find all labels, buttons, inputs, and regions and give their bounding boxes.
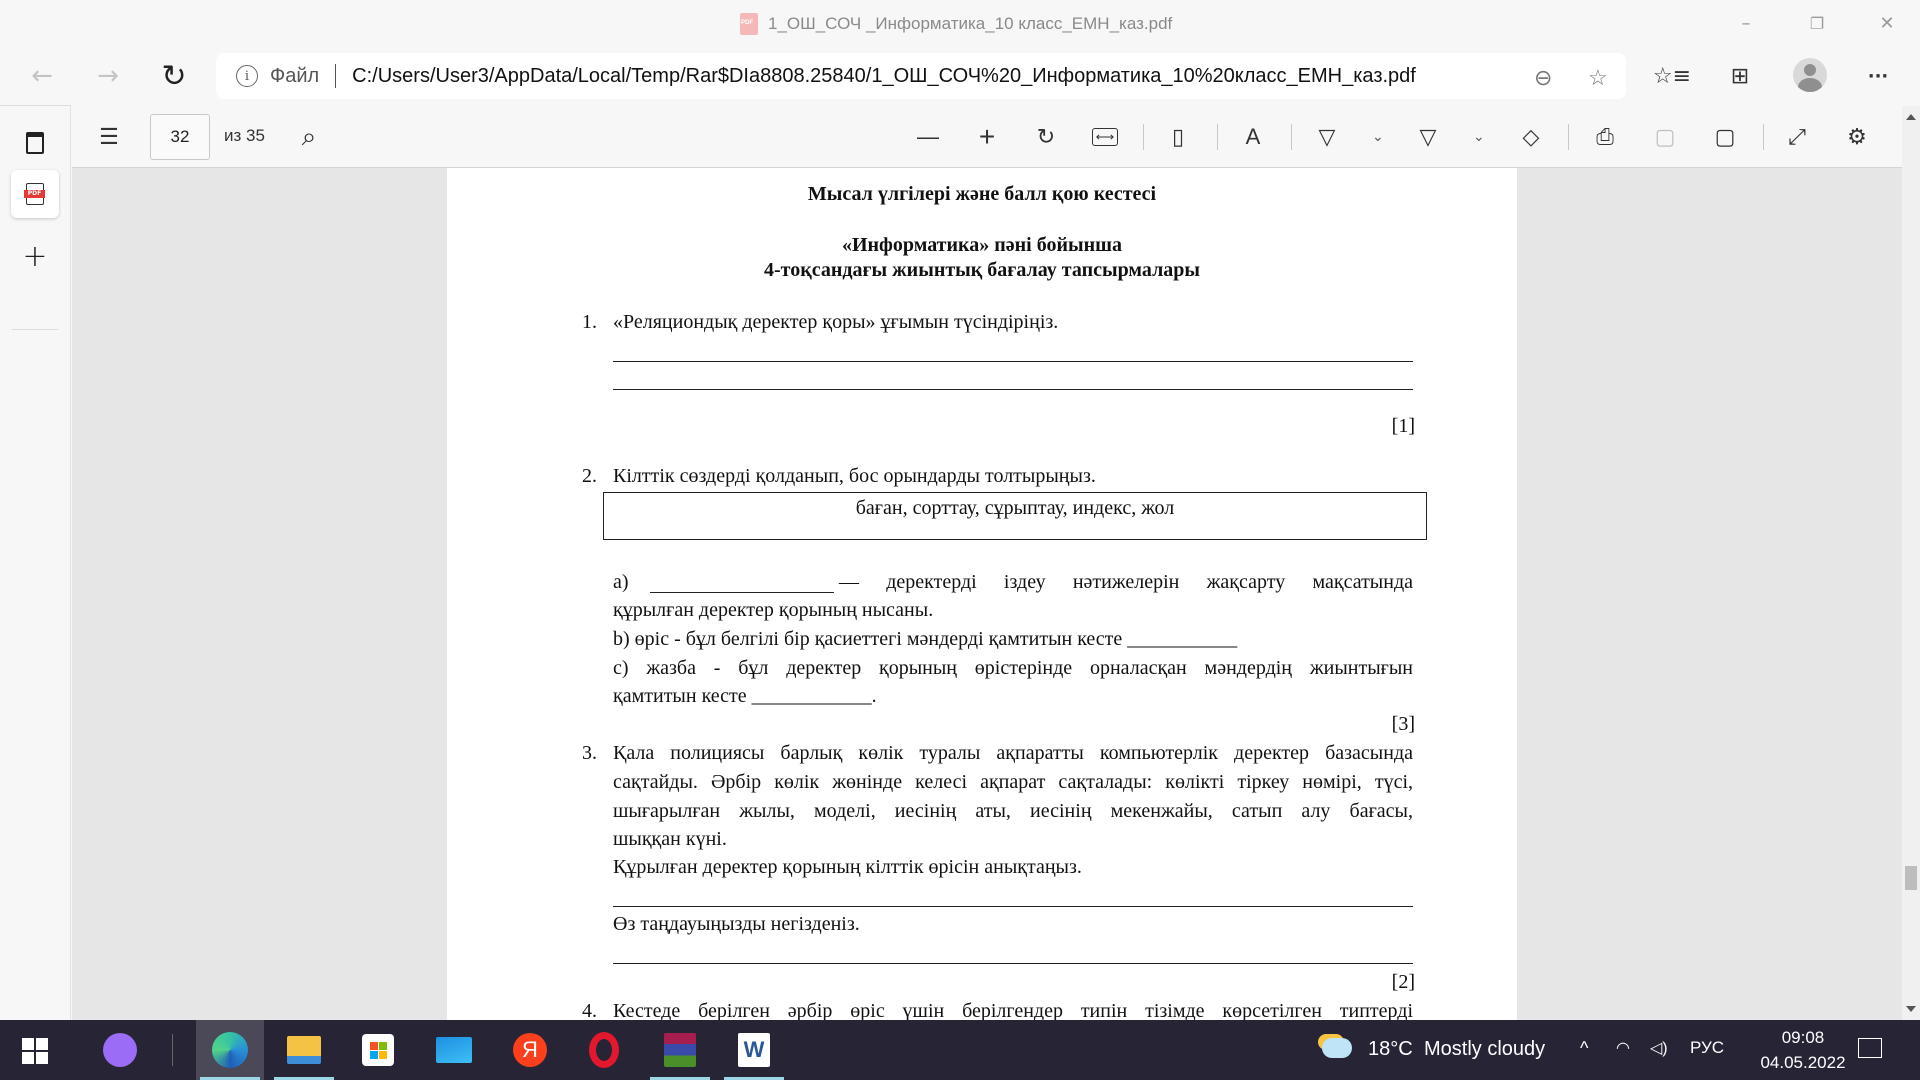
question-number: 1.	[582, 311, 597, 334]
table-of-contents-icon[interactable]: ☰	[92, 120, 126, 154]
tab-actions-button[interactable]	[11, 119, 59, 167]
question-2-text: Кілттік сөздерді қолданып, бос орындарды…	[613, 465, 1096, 488]
item-c-text-continued: қамтитын кесте ____________.	[613, 685, 877, 708]
question-3-justify: Өз таңдауыңызды негізденіз.	[613, 913, 860, 936]
taskbar: Я W 18°C Mostly cloudy ^ ◠ ◁) РУС 09:08 …	[0, 1020, 1920, 1080]
zoom-in-button[interactable]: +	[970, 120, 1004, 154]
save-icon: ▢	[1648, 120, 1682, 154]
back-button[interactable]: ←	[24, 58, 60, 94]
rotate-icon[interactable]: ↻	[1029, 120, 1063, 154]
weather-widget[interactable]	[1322, 1036, 1352, 1059]
mail-app[interactable]	[420, 1020, 488, 1080]
highlight-options-chevron[interactable]: ⌄	[1473, 128, 1485, 145]
more-icon[interactable]: ···	[1858, 56, 1898, 96]
microsoft-store-app[interactable]	[344, 1020, 412, 1080]
highlight-icon[interactable]: ▽	[1411, 120, 1445, 154]
add-favorite-icon[interactable]: ☆	[1588, 65, 1608, 91]
toolbar-separator	[1763, 124, 1764, 150]
navigation-bar: ← → ↻ i Файл C:/Users/User3/AppData/Loca…	[0, 48, 1920, 105]
info-icon[interactable]: i	[236, 65, 258, 87]
document-subheading: «Информатика» пәні бойынша	[447, 234, 1517, 257]
scroll-thumb[interactable]	[1905, 866, 1917, 890]
pdf-toolbar: ☰ 32 из 35 ⌕ — + ↻ ⟷ ▯ A ▽ ⌄ ▽ ⌄ ◇ ⎙ ▢ ▢…	[72, 106, 1902, 168]
title-bar: 1_ОШ_СОЧ _Информатика_10 класс_ЕМН_каз.p…	[0, 0, 1920, 48]
edge-app[interactable]	[196, 1020, 264, 1080]
language-indicator[interactable]: РУС	[1690, 1038, 1724, 1058]
document-subheading-2: 4-тоқсандағы жиынтық бағалау тапсырмалар…	[447, 259, 1517, 282]
item-c-text: c) жазба - бұл деректер қорының өрістері…	[613, 657, 1413, 680]
question-3-text: сақтайды. Әрбір көлік жөнінде келесі ақп…	[613, 771, 1413, 794]
toolbar-separator	[1291, 124, 1292, 150]
scroll-up-arrow[interactable]	[1906, 114, 1916, 120]
question-4-text: Кестеде берілген әрбір өріс үшін берілге…	[613, 1000, 1413, 1020]
save-as-icon[interactable]: ▢	[1708, 120, 1742, 154]
fullscreen-icon[interactable]: ⤢	[1780, 120, 1814, 154]
answer-line	[613, 963, 1413, 964]
score-mark: [1]	[1392, 415, 1415, 438]
page-view-icon[interactable]: ▯	[1161, 120, 1195, 154]
item-b-text: b) өріс - бұл белгілі бір қасиеттегі мән…	[613, 628, 1237, 651]
scroll-down-arrow[interactable]	[1906, 1006, 1916, 1012]
fit-width-glyph: ⟷	[1092, 128, 1119, 146]
document-heading: Мысал үлгілері және балл қою кестесі	[447, 183, 1517, 206]
answer-line	[613, 361, 1413, 362]
alice-app[interactable]	[86, 1020, 154, 1080]
item-a-label: a)	[613, 571, 629, 594]
clock-date: 04.05.2022	[1758, 1050, 1848, 1075]
address-bar[interactable]: i Файл C:/Users/User3/AppData/Local/Temp…	[216, 53, 1626, 99]
keyword-box: баған, сорттау, сұрыптау, индекс, жол	[603, 492, 1427, 540]
question-3-text: Қала полициясы барлық көлік туралы ақпар…	[613, 742, 1413, 765]
pdf-file-icon	[740, 13, 758, 35]
settings-icon[interactable]: ⚙	[1840, 120, 1874, 154]
store-icon	[362, 1034, 394, 1066]
question-3-text: шығарылған жылы, моделі, иесінің аты, ие…	[613, 800, 1413, 823]
eraser-icon[interactable]: ◇	[1514, 120, 1548, 154]
pdf-icon	[26, 183, 44, 205]
toolbar-separator	[1568, 124, 1569, 150]
draw-options-chevron[interactable]: ⌄	[1372, 128, 1384, 145]
question-3-text: шыққан күні.	[613, 828, 727, 851]
opera-icon	[589, 1032, 619, 1068]
question-3-prompt: Құрылған деректер қорының кілттік өрісін…	[613, 856, 1082, 879]
start-button[interactable]	[22, 1038, 48, 1064]
search-icon[interactable]: ⌕	[292, 120, 326, 154]
page-count-label: из 35	[224, 126, 265, 146]
vertical-tabs-sidebar: +	[0, 105, 71, 1020]
winrar-icon	[664, 1033, 696, 1067]
question-1-text: «Реляциондық деректер қоры» ұғымын түсін…	[613, 311, 1058, 334]
collections-icon[interactable]: ⊞	[1720, 56, 1760, 96]
vertical-scrollbar[interactable]	[1902, 106, 1920, 1020]
toolbar-separator	[1143, 124, 1144, 150]
file-label: Файл	[270, 65, 319, 88]
tab-actions-icon	[26, 132, 44, 154]
word-app[interactable]: W	[720, 1020, 788, 1080]
window-title: 1_ОШ_СОЧ _Информатика_10 класс_ЕМН_каз.p…	[740, 12, 1172, 36]
wifi-icon[interactable]: ◠	[1616, 1038, 1630, 1058]
word-icon: W	[738, 1033, 770, 1067]
score-mark: [3]	[1392, 713, 1415, 736]
folder-icon	[287, 1036, 321, 1064]
pdf-tab[interactable]	[11, 170, 59, 218]
clock[interactable]: 09:08 04.05.2022	[1758, 1025, 1848, 1075]
answer-line	[613, 906, 1413, 907]
page-number-input[interactable]: 32	[150, 114, 210, 160]
profile-avatar[interactable]	[1793, 58, 1827, 92]
opera-app[interactable]	[570, 1020, 638, 1080]
restore-button[interactable]: ❐	[1802, 8, 1832, 38]
question-number: 4.	[582, 1000, 597, 1020]
notification-center-icon[interactable]	[1858, 1038, 1882, 1058]
edge-icon	[212, 1032, 248, 1068]
file-explorer-app[interactable]	[270, 1020, 338, 1080]
draw-icon[interactable]: ▽	[1310, 120, 1344, 154]
refresh-button[interactable]: ↻	[156, 58, 192, 94]
clock-time: 09:08	[1758, 1025, 1848, 1050]
forward-button[interactable]: →	[90, 58, 126, 94]
yandex-app[interactable]: Я	[496, 1020, 564, 1080]
winrar-app[interactable]	[646, 1020, 714, 1080]
print-icon[interactable]: ⎙	[1588, 120, 1622, 154]
answer-line	[613, 389, 1413, 390]
window-title-text: 1_ОШ_СОЧ _Информатика_10 класс_ЕМН_каз.p…	[768, 14, 1172, 34]
cloud-icon	[1322, 1038, 1352, 1058]
url-text[interactable]: C:/Users/User3/AppData/Local/Temp/Rar$DI…	[352, 65, 1416, 88]
new-tab-button[interactable]: +	[11, 232, 59, 280]
read-aloud-icon[interactable]: A	[1236, 120, 1270, 154]
blank-line	[650, 592, 834, 593]
close-button[interactable]: ✕	[1872, 8, 1902, 38]
fit-width-icon[interactable]: ⟷	[1088, 120, 1122, 154]
mail-icon	[436, 1037, 472, 1063]
zoom-out-button[interactable]: —	[911, 120, 945, 154]
question-number: 2.	[582, 465, 597, 488]
address-separator	[335, 64, 336, 88]
weather-temperature: 18°C	[1368, 1038, 1413, 1061]
alice-icon	[103, 1033, 137, 1067]
toolbar-separator	[1217, 124, 1218, 150]
volume-icon[interactable]: ◁)	[1650, 1038, 1668, 1058]
minimize-button[interactable]: –	[1731, 8, 1761, 38]
item-a-text: — деректерді іздеу нәтижелерін жақсарту …	[839, 571, 1413, 594]
score-mark: [2]	[1392, 971, 1415, 994]
sidebar-divider	[12, 329, 58, 330]
weather-description: Mostly cloudy	[1424, 1038, 1545, 1061]
pdf-viewer[interactable]: Мысал үлгілері және балл қою кестесі «Ин…	[72, 168, 1902, 1020]
question-number: 3.	[582, 742, 597, 765]
favorites-icon[interactable]: ☆≡	[1652, 56, 1692, 96]
zoom-out-icon[interactable]: ⊖	[1534, 65, 1552, 91]
show-hidden-icons-chevron[interactable]: ^	[1580, 1038, 1588, 1059]
pdf-page: Мысал үлгілері және балл қою кестесі «Ин…	[447, 168, 1517, 1020]
taskbar-divider	[172, 1034, 173, 1066]
yandex-icon: Я	[513, 1033, 547, 1067]
item-a-text-continued: құрылған деректер қорының нысаны.	[613, 599, 933, 622]
